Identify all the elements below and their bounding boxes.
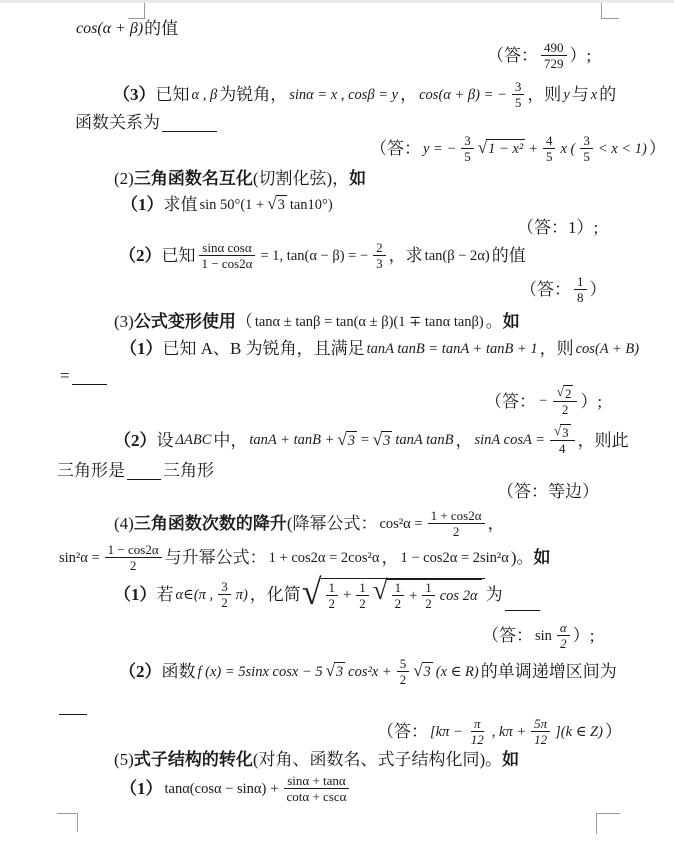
fraction: 12 [392,580,405,612]
math-segment: cos(A + B) [574,340,641,358]
doc-line-19: sin²α = 1 − cos2α2 与升幂公式： 1 + cos2α = 2c… [57,542,551,574]
text-segment: （答： [370,138,421,159]
math-segment: cos 2α [438,587,480,605]
section-number: (2) [114,168,134,189]
fraction-denominator: 2 [397,672,410,687]
fraction-numerator: 1 + cos2α [428,508,485,524]
fraction: 5π12 [531,716,550,748]
math-segment: α∈(π , [174,586,216,604]
section-number: (3) [114,311,134,332]
fraction-numerator: π [471,716,484,732]
math-segment: tan10°) [288,196,335,214]
fraction: 490729 [541,40,567,72]
radicand: 2 [563,385,574,401]
page-top-edge [0,0,674,3]
text-segment: ） [605,721,622,742]
text-segment: ） [649,138,666,159]
fraction: 12 [356,580,369,612]
fraction: 12 [422,580,435,612]
blank-underline [72,370,107,385]
text-segment: （答：等边） [497,481,599,502]
text-segment: 中， [213,430,247,451]
item-number: （2） [119,245,162,266]
math-segment: x [589,86,599,104]
fraction-numerator: sinα cosα [199,240,254,256]
math-segment: (x ∈ R) [434,663,481,681]
math-segment: tanA + tanB + [247,431,336,449]
math-segment: tanA tanB = tanA + tanB + 1 [365,340,540,358]
fraction-denominator: 8 [574,290,587,305]
text-segment: 若 [157,584,174,605]
text-segment: 的 [599,84,616,105]
blank-underline [505,596,540,611]
fraction-numerator: 3 [461,133,474,149]
sqrt-radical: √12+12√12+12cos 2α [302,578,485,612]
fraction-denominator: 4 [556,441,569,456]
text-segment: = [60,365,70,386]
doc-line-20: （1） 若 α∈(π , 32 π) ，化简 √12+12√12+12cos 2… [114,578,542,612]
fraction: 35 [461,133,474,165]
text-segment: ）; [580,391,602,412]
fraction-denominator: 2 [450,524,463,539]
doc-line-03: （3） 已知 α , β 为锐角， sinα = x , cosβ = y ， … [113,79,616,111]
sqrt-radical: √3 [413,662,433,681]
item-number: （1） [120,778,163,799]
fraction: 1 + cos2α2 [428,508,485,540]
math-segment: 1 − cos2α = 2sin²α [398,549,510,567]
fraction: 12 [326,580,339,612]
text-segment: ， [456,430,473,451]
math-segment: sin 50°(1 + [198,196,267,214]
text-segment: ，则 [540,338,574,359]
math-segment: y = − [421,140,458,158]
fraction-denominator: 5 [580,149,593,164]
text-segment: （答： [377,721,428,742]
doc-line-23 [57,700,89,716]
fraction-denominator: 2 [218,595,231,610]
margin-mark-top-left [128,3,145,19]
math-segment: cos(α + β) = − [417,86,509,104]
fraction: π12 [468,716,487,748]
fraction-denominator: 5 [543,149,556,164]
radicand: 12+12√12+12cos 2α [321,578,485,612]
fraction-numerator: 490 [541,40,567,56]
math-segment: α , β [190,86,220,104]
math-segment: tanα ± tanβ = tan(α ± β)(1 ∓ tanα tanβ) [253,313,486,331]
fraction-denominator: 2 [127,558,140,573]
fraction-numerator: 4 [543,133,556,149]
text-segment: (对角、函数名、式子结构化同)。 [253,749,502,770]
math-segment: + [526,140,540,158]
math-segment: + [341,586,353,604]
fraction: 35 [512,79,525,111]
text-segment: （答： [482,625,533,646]
answer-line-01: （答： 490729 ）; [487,40,591,72]
fraction: 52 [397,656,410,688]
math-segment: , kπ + [490,723,528,741]
doc-line-04: 函数关系为 [75,112,219,133]
answer-line-06: （答：等边） [497,481,599,502]
math-segment: tanα(cosα − sinα) [163,780,269,798]
sqrt-radical: √3 [554,424,571,440]
text-segment: 如 [534,547,551,568]
math-segment: = [358,431,372,449]
text-segment: （答： [485,391,536,412]
math-segment: [kπ − [428,723,465,741]
fraction-numerator: 3 [218,579,231,595]
radical-sign: √ [373,579,388,602]
section-title: 三角函数名互化 [134,168,253,189]
sqrt-radical: √3 [326,662,346,681]
text-segment: ，则此 [578,430,629,451]
fraction-denominator: 5 [512,95,525,110]
math-segment: 1 + cos2α = 2cos²α [267,549,382,567]
fraction-denominator: 2 [326,596,339,611]
item-number: （1） [114,584,157,605]
fraction: 35 [580,133,593,165]
fraction: 18 [574,274,587,306]
fraction-numerator: 1 [326,580,339,596]
sqrt-radical: √1 − x² [478,139,525,158]
radicand: 3 [422,662,433,681]
text-segment: 与 [572,84,589,105]
item-number: （1） [121,194,164,215]
fraction-denominator: 12 [531,732,550,747]
fraction-denominator: 2 [559,402,572,417]
fraction: α2 [557,620,570,652]
fraction: √34 [550,424,575,457]
answer-line-08: （答： [kπ − π12 , kπ + 5π12 ](k ∈ Z) ） [377,716,622,748]
fraction: 23 [373,240,386,272]
item-number: （1） [120,338,163,359]
math-segment: cos²x + [346,663,394,681]
doc-line-11: (3) 公式变形使用 （ tanα ± tanβ = tan(α ± β)(1 … [114,311,520,332]
radicand: 1 − x² [486,139,525,158]
text-segment: 为锐角， [219,84,287,105]
text-segment: 函数 [162,661,196,682]
math-segment: ](k ∈ Z) [553,723,605,741]
doc-line-13: = [60,365,109,386]
math-segment: − [536,392,550,410]
section-title: 式子结构的转化 [134,749,253,770]
fraction-numerator: 5π [531,716,550,732]
fraction-numerator: 1 [392,580,405,596]
doc-line-12: （1） 已知 A、B 为锐角，且满足 tanA tanB = tanA + ta… [120,338,641,359]
text-segment: 为 [486,584,503,605]
fraction-numerator: 1 [422,580,435,596]
text-segment: （答： [520,279,571,300]
answer-line-04: （答： 18 ） [520,274,607,306]
sqrt-radical: √3 [337,431,357,450]
text-segment: ， [488,513,505,534]
text-segment: 三角形是 [57,460,125,481]
fraction-numerator: 1 [356,580,369,596]
text-segment: 的值 [492,245,526,266]
section-title: 公式变形使用 [134,311,236,332]
section-number: (4) [114,513,134,534]
math-segment: sin [533,627,554,645]
sqrt-radical: √3 [373,431,393,450]
text-segment: 函数关系为 [75,112,160,133]
fraction-numerator: α [557,620,570,636]
fraction-numerator: 1 − cos2α [105,542,162,558]
text-segment: 三角形 [163,460,214,481]
fraction-denominator: 2 [392,596,405,611]
fraction-numerator: sinα + tanα [284,773,349,789]
fraction-denominator: 2 [557,636,570,651]
fraction-denominator: 729 [541,56,567,71]
margin-mark-top-right [601,3,619,19]
doc-line-07: （1） 求值 sin 50°(1 + √3 tan10°) [121,194,335,215]
text-segment: 如 [503,311,520,332]
math-segment: sin²α = [57,549,102,567]
math-segment: + [268,780,280,798]
answer-line-07: （答： sin α2 ）; [482,620,594,652]
text-segment: ，化简 [250,584,301,605]
document-page: cos(α + β) 的值 （答： 490729 ）; （3） 已知 α , β… [0,0,674,854]
fraction-denominator: 2 [422,596,435,611]
fraction: 45 [543,133,556,165]
math-segment: tan(β − 2α) [423,247,492,265]
sqrt-radical: √12+12cos 2α [373,579,482,612]
math-segment: + [407,587,419,605]
fraction-denominator: 2 [356,596,369,611]
blank-underline [127,465,161,480]
text-segment: ，则 [527,84,561,105]
text-segment: 的值 [144,18,178,39]
doc-line-26: （1） tanα(cosα − sinα) + sinα + tanαcotα … [120,773,352,805]
fraction-denominator: 5 [461,149,474,164]
text-segment: ） [590,279,607,300]
math-segment: f (x) = 5sinx cosx − 5 [196,663,325,681]
sqrt-radical: √2 [557,385,574,401]
fraction: sinα + tanαcotα + cscα [284,773,350,805]
fraction-denominator: 12 [468,732,487,747]
text-segment: 已知 [162,245,196,266]
fraction-numerator: 3 [580,133,593,149]
text-segment: ）; [573,625,595,646]
blank-underline [162,117,217,132]
fraction-denominator: 3 [373,256,386,271]
doc-line-16: 三角形是 三角形 [57,460,214,481]
item-number: （3） [113,84,156,105]
text-segment: (降幂公式： [287,513,378,534]
text-segment: 求值 [164,194,198,215]
math-segment: sinα = x , cosβ = y [287,86,400,104]
text-segment: ，求 [389,245,423,266]
text-segment: 设 [157,430,174,451]
radicand: 3 [346,431,357,450]
fraction: 1 − cos2α2 [105,542,162,574]
math-segment: cos(α + β) [75,19,144,39]
text-segment: （ [236,311,253,332]
margin-mark-bottom-left [57,813,78,832]
doc-line-06: (2) 三角函数名互化 (切割化弦)， 如 [114,168,366,189]
fraction-denominator: cotα + cscα [284,789,350,804]
text-segment: 已知 [156,84,190,105]
doc-line-01: cos(α + β) 的值 [75,18,178,39]
radicand: 12+12cos 2α [387,579,482,612]
fraction-numerator: √3 [550,424,575,441]
radicand: 3 [381,431,392,450]
radicand: 3 [334,662,345,681]
radical-sign: √ [302,578,322,607]
sqrt-radical: √3 [267,195,287,214]
radicand: 3 [276,195,287,214]
doc-line-22: （2） 函数 f (x) = 5sinx cosx − 5 √3 cos²x +… [119,656,617,688]
text-segment: (切割化弦)， [253,168,349,189]
fraction-numerator: √2 [553,385,578,402]
doc-line-25: (5) 式子结构的转化 (对角、函数名、式子结构化同)。 如 [114,749,519,770]
text-segment: （答： [487,45,538,66]
text-segment: ， [381,547,398,568]
answer-line-03: （答：1）; [517,217,598,238]
doc-line-09: （2） 已知 sinα cosα1 − cos2α = 1, tan(α − β… [119,240,526,272]
math-segment: = 1, tan(α − β) = − [258,247,370,265]
margin-mark-bottom-right [596,813,620,834]
fraction-numerator: 1 [574,274,587,290]
doc-line-18: (4) 三角函数次数的降升 (降幂公式： cos²α = 1 + cos2α2 … [114,508,505,540]
fraction-denominator: 1 − cos2α [199,256,256,271]
doc-line-15: （2） 设 ΔABC 中， tanA + tanB + √3 = √3 tanA… [114,424,629,457]
math-segment: tanA tanB [393,431,455,449]
math-segment: ΔABC [174,431,214,449]
fraction: √22 [553,385,578,418]
math-segment: π) [234,586,250,604]
radicand: 3 [560,424,571,440]
item-number: （2） [119,661,162,682]
text-segment: ， [400,84,417,105]
math-segment: y [561,86,571,104]
fraction-numerator: 3 [512,79,525,95]
section-title: 三角函数次数的降升 [134,513,287,534]
text-segment: （答：1）; [517,217,598,238]
fraction-numerator: 2 [373,240,386,256]
text-segment: 与升幂公式： [165,547,267,568]
answer-line-02: （答： y = − 35 √1 − x² + 45 x ( 35 < x < 1… [370,133,666,165]
text-segment: )。 [511,547,534,568]
item-number: （2） [114,430,157,451]
math-segment: x ( [558,140,577,158]
math-segment: cos²α = [378,515,425,533]
section-number: (5) [114,749,134,770]
fraction-numerator: 5 [397,656,410,672]
text-segment: 如 [349,168,366,189]
text-segment: 如 [502,749,519,770]
text-segment: 。 [486,311,503,332]
math-segment: sinA cosA = [473,431,547,449]
fraction: 32 [218,579,231,611]
math-segment: < x < 1) [596,140,649,158]
answer-line-05: （答： − √22 ）; [485,385,602,418]
text-segment: ）; [570,45,592,66]
blank-underline [59,700,87,715]
text-segment: 的单调递增区间为 [481,661,617,682]
fraction: sinα cosα1 − cos2α [199,240,256,272]
text-segment: 已知 A、B 为锐角，且满足 [163,338,365,359]
